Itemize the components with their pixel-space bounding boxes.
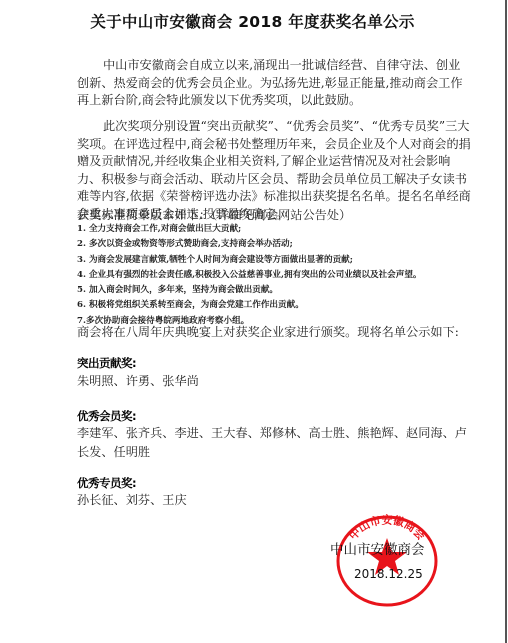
criteria-item: 4. 企业具有强烈的社会责任感,积极投入公益慈善事业,拥有突出的公司业绩以及社会…: [77, 268, 422, 283]
criteria-item: 3. 为商会发展建言献策,牺牲个人时间为商会建设等方面做出显著的贡献;: [77, 253, 422, 268]
intro-text: 中山市安徽商会自成立以来,涌现出一批诚信经营、自律守法、创业创新、热爱商会的优秀…: [77, 58, 463, 107]
document-page: 关于中山市安徽商会 2018 年度获奖名单公示 中山市安徽商会自成立以来,涌现出…: [0, 0, 507, 643]
signature-date: 2018.12.25: [354, 567, 423, 581]
criteria-item: 2. 多次以资金或物资等形式赞助商会,支持商会举办活动;: [77, 237, 422, 252]
announcement: 商会将在八周年庆典晚宴上对获奖企业家进行颁奖。现将名单公示如下:: [77, 323, 459, 340]
criteria-item: 6. 积极将党组织关系转至商会，为商会党建工作作出贡献。: [77, 298, 422, 313]
document-title: 关于中山市安徽商会 2018 年度获奖名单公示: [0, 10, 505, 32]
criteria-list: 1. 全力支持商会工作,对商会做出巨大贡献; 2. 多次以资金或物资等形式赞助商…: [77, 222, 422, 329]
criteria-item: 1. 全力支持商会工作,对商会做出巨大贡献;: [77, 222, 422, 237]
signature-organization: 中山市安徽商会: [330, 538, 425, 558]
award-names-outstanding-contribution: 朱明照、许勇、张华尚: [77, 372, 477, 391]
official-seal-icon: 中山市安徽商会: [335, 514, 439, 608]
award-names-excellent-member: 李建军、张齐兵、李进、王大春、郑修林、高士胜、熊艳辉、赵同海、卢长发、任明胜: [77, 424, 477, 462]
award-names-excellent-commissioner: 孙长征、刘芬、王庆: [77, 491, 477, 510]
criteria-heading: 获奖标准简单版本如下：（详细见商会网站公告处）: [77, 206, 351, 223]
intro-paragraph: 中山市安徽商会自成立以来,涌现出一批诚信经营、自律守法、创业创新、热爱商会的优秀…: [77, 57, 472, 110]
award-heading-excellent-commissioner: 优秀专员奖:: [77, 475, 136, 491]
award-heading-excellent-member: 优秀会员奖:: [77, 408, 136, 424]
award-heading-outstanding-contribution: 突出贡献奖:: [77, 355, 136, 371]
criteria-item: 5. 加入商会时间久，多年来，坚持为商会做出贡献。: [77, 283, 422, 298]
